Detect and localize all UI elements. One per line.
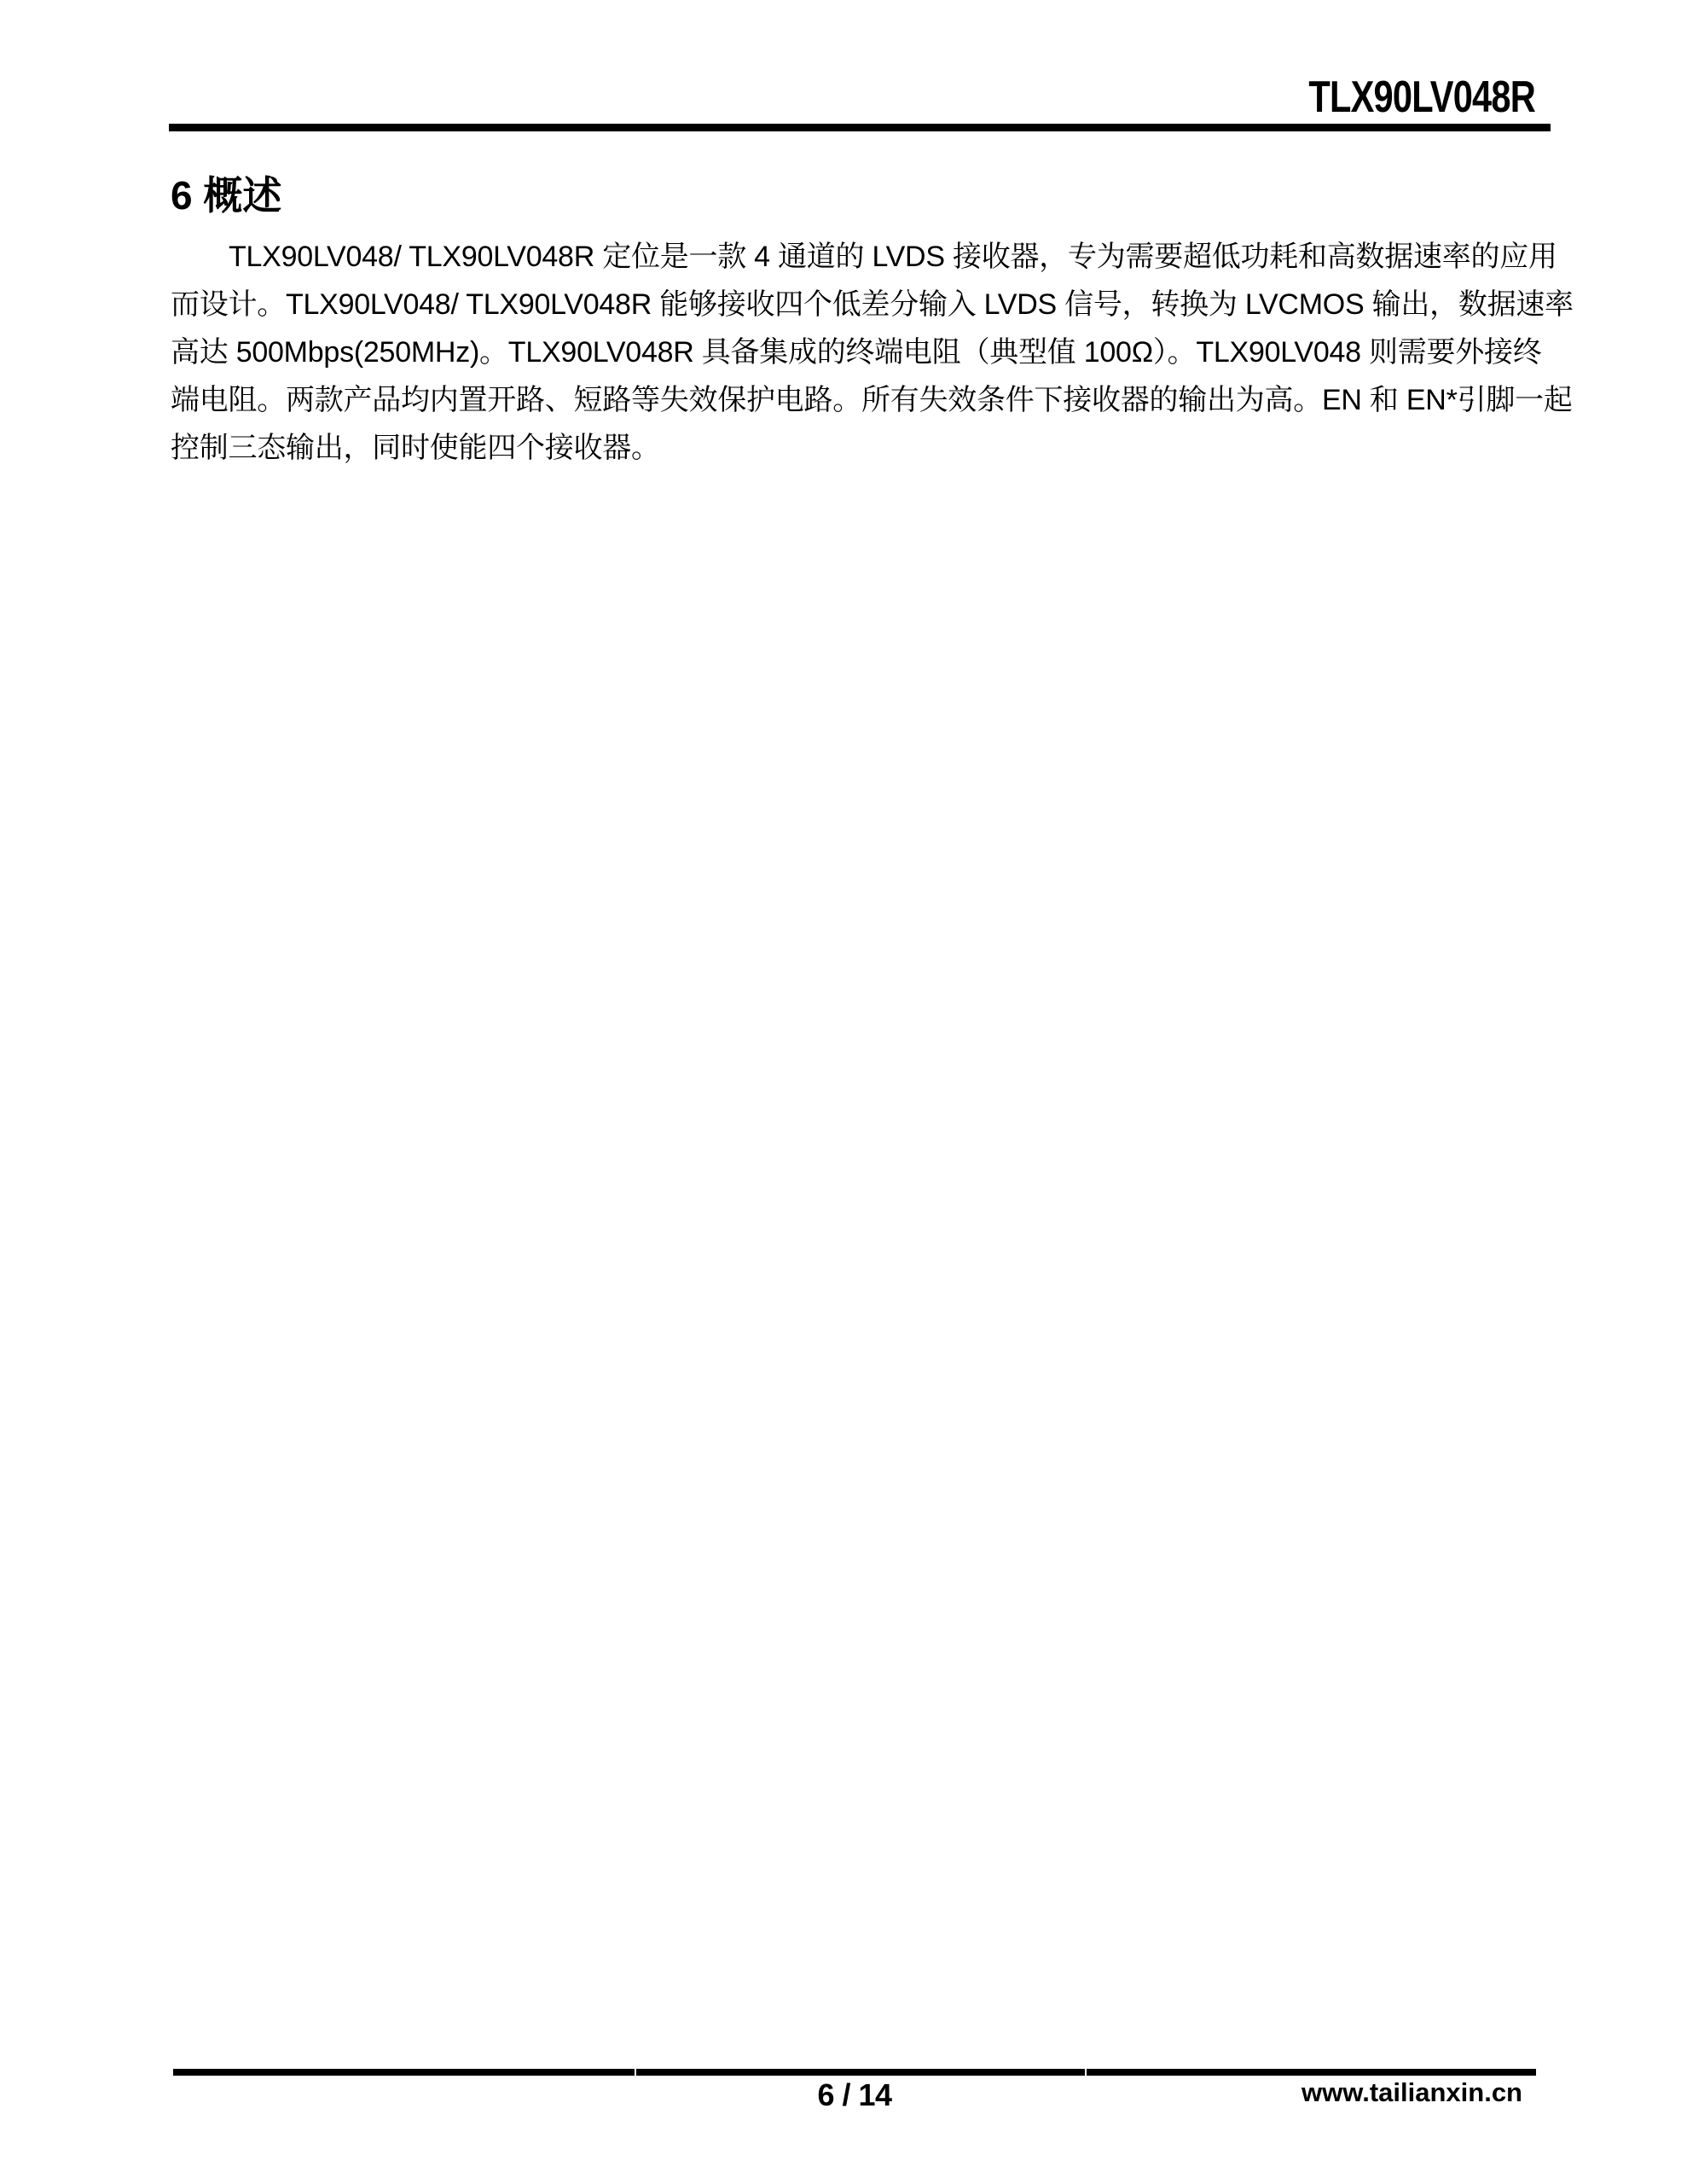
overview-paragraph: TLX90LV048/ TLX90LV048R 定位是一款 4 通道的 LVDS… bbox=[171, 233, 1516, 472]
paragraph-line: 而设计。TLX90LV048/ TLX90LV048R 能够接收四个低差分输入 … bbox=[171, 281, 1516, 328]
paragraph-line: TLX90LV048/ TLX90LV048R 定位是一款 4 通道的 LVDS… bbox=[171, 233, 1516, 281]
footer-rule bbox=[173, 2069, 1536, 2076]
footer-rule-segment bbox=[636, 2069, 1085, 2076]
document-title: TLX90LV048R bbox=[1308, 73, 1535, 121]
footer-rule-segment bbox=[1087, 2069, 1536, 2076]
paragraph-line: 高达 500Mbps(250MHz)。TLX90LV048R 具备集成的终端电阻… bbox=[171, 328, 1516, 376]
website-text: www.tailianxin.cn bbox=[1301, 2077, 1522, 2108]
datasheet-page: TLX90LV048R 6 概述 TLX90LV048/ TLX90LV048R… bbox=[0, 0, 1687, 2184]
header-rule bbox=[169, 124, 1551, 131]
footer-rule-segment bbox=[173, 2069, 635, 2076]
paragraph-line: 控制三态输出，同时使能四个接收器。 bbox=[171, 424, 1516, 472]
paragraph-line: 端电阻。两款产品均内置开路、短路等失效保护电路。所有失效条件下接收器的输出为高。… bbox=[171, 376, 1516, 424]
section-heading: 6 概述 bbox=[171, 172, 281, 218]
